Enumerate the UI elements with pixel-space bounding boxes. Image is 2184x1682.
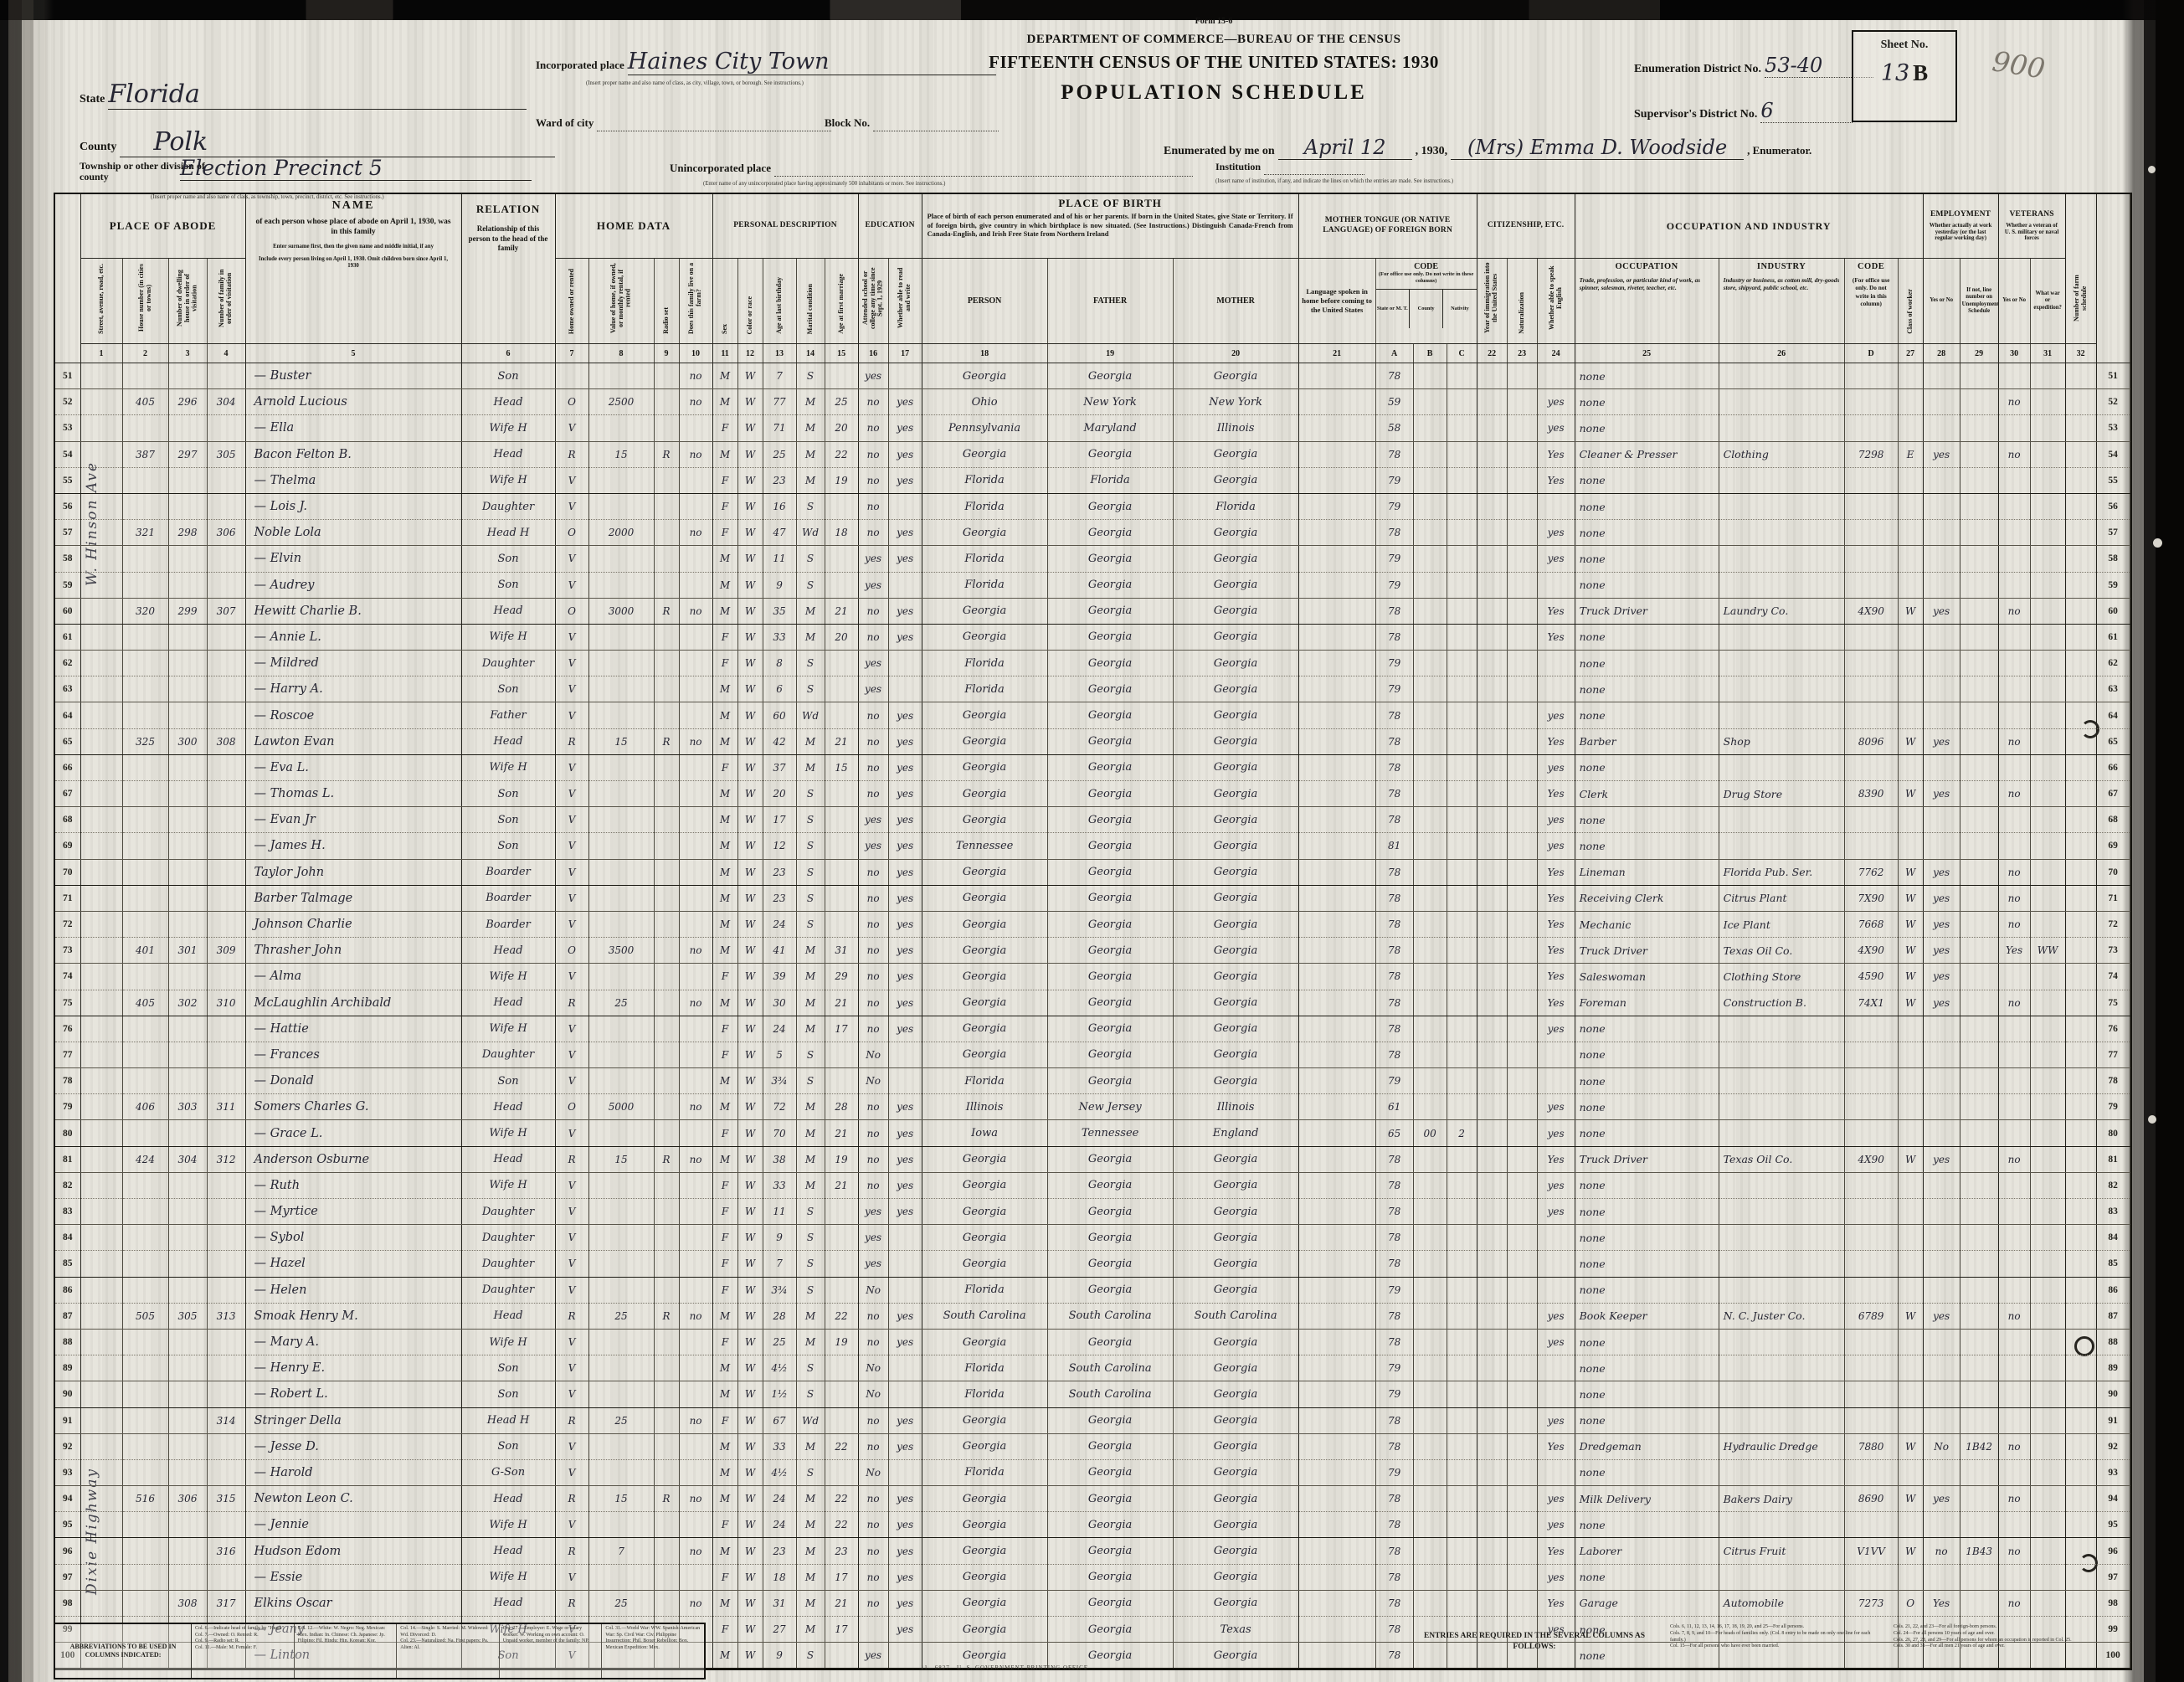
cell-farm_schedule (2065, 964, 2096, 990)
cell-value: 7 (588, 1538, 654, 1564)
column-numbers-row: 123456789101112131415161718192021ABC2223… (55, 344, 2130, 363)
cell-dwelling (168, 964, 207, 990)
cell-marital: M (796, 624, 825, 650)
cell-dwelling (168, 493, 207, 519)
supervisor-district-field: Supervisor's District No. 6 (1634, 99, 1853, 123)
cell-line: 90 (2096, 1381, 2130, 1407)
cell-code_c (1447, 1146, 1477, 1172)
cell-age: 3¾ (763, 1277, 796, 1303)
cell-war (2030, 1407, 2065, 1433)
cell-owned: V (555, 859, 588, 885)
cell-line: 61 (55, 624, 80, 650)
cell-marital: S (796, 676, 825, 702)
cell-war (2030, 467, 2065, 493)
cell-age_married: 17 (825, 1016, 858, 1042)
cell-blank (80, 467, 122, 493)
cell-house (122, 1199, 168, 1225)
group-place-of-abode: PLACE OF ABODE (80, 194, 245, 259)
cell-at_work: yes (1923, 885, 1960, 911)
cell-farm (679, 1172, 712, 1198)
cell-speak_english: Yes (1537, 1590, 1575, 1616)
cell-age_married: 29 (825, 964, 858, 990)
cell-speak_english: yes (1537, 754, 1575, 780)
cell-radio (654, 1225, 679, 1251)
cell-bp_mother: Georgia (1173, 1172, 1298, 1198)
cell-marital: M (796, 1146, 825, 1172)
table-row: 80— Grace L.Wife HVFW70M21noyesIowaTenne… (55, 1120, 2130, 1146)
cell-relation: Head (461, 1146, 555, 1172)
cell-color: W (737, 1199, 763, 1225)
col-naturalization: Naturalization (1507, 259, 1537, 344)
cell-line: 54 (55, 441, 80, 467)
cell-code_c (1447, 885, 1477, 911)
cell-bp_person: Florida (922, 546, 1047, 572)
cell-unemployment_line (1960, 885, 1998, 911)
cell-value (588, 572, 654, 598)
cell-year_immigration (1477, 1120, 1507, 1146)
cell-farm_schedule (2065, 363, 2096, 389)
cell-bp_mother: Georgia (1173, 1329, 1298, 1355)
cell-value (588, 1225, 654, 1251)
table-row: 75405302310McLaughlin ArchibaldHeadR25no… (55, 990, 2130, 1016)
cell-blank (80, 1199, 122, 1225)
cell-at_work (1923, 389, 1960, 415)
cell-farm_schedule (2065, 1120, 2096, 1146)
cell-marital: S (796, 911, 825, 937)
cell-relation: Wife H (461, 1120, 555, 1146)
cell-code_d (1844, 1042, 1898, 1067)
cell-veteran: no (1998, 885, 2030, 911)
cell-code_c (1447, 1329, 1477, 1355)
cell-dwelling (168, 1172, 207, 1198)
cell-year_immigration (1477, 1512, 1507, 1538)
cell-code_d (1844, 1277, 1898, 1303)
cell-age_married: 28 (825, 1094, 858, 1120)
cell-speak_english: yes (1537, 1016, 1575, 1042)
cell-dwelling (168, 859, 207, 885)
cell-code_b (1413, 546, 1447, 572)
cell-farm: no (679, 1538, 712, 1564)
cell-code_b (1413, 1146, 1447, 1172)
column-number: 24 (1537, 344, 1575, 363)
cell-industry (1719, 1016, 1844, 1042)
cell-blank (1298, 1042, 1375, 1067)
cell-value: 5000 (588, 1094, 654, 1120)
cell-code_d (1844, 389, 1898, 415)
cell-occupation: none (1575, 754, 1719, 780)
cell-marital: S (796, 363, 825, 389)
cell-bp_mother: Georgia (1173, 1068, 1298, 1094)
cell-radio (654, 990, 679, 1016)
cell-dwelling (168, 363, 207, 389)
cell-line: 70 (2096, 859, 2130, 885)
cell-bp_father: Georgia (1047, 1199, 1173, 1225)
cell-name: — Helen (245, 1277, 461, 1303)
cell-house (122, 1459, 168, 1485)
cell-war (2030, 702, 2065, 728)
cell-class_of_worker (1898, 624, 1923, 650)
cell-farm (679, 702, 712, 728)
cell-bp_mother: Georgia (1173, 520, 1298, 546)
table-row: 76— HattieWife HVFW24M17noyesGeorgiaGeor… (55, 1016, 2130, 1042)
cell-school: no (858, 911, 888, 937)
cell-owned: V (555, 1120, 588, 1146)
cell-line: 61 (2096, 624, 2130, 650)
cell-speak_english: yes (1537, 1094, 1575, 1120)
cell-farm_schedule (2065, 781, 2096, 807)
col-home-value: Value of home, if owned, or monthly rent… (588, 259, 654, 344)
cell-blank (80, 1303, 122, 1329)
cell-year_immigration (1477, 1146, 1507, 1172)
cell-dwelling (168, 676, 207, 702)
cell-sex: M (712, 1433, 737, 1459)
cell-veteran: no (1998, 1303, 2030, 1329)
cell-class_of_worker: W (1898, 1538, 1923, 1564)
cell-age_married: 17 (825, 1617, 858, 1643)
cell-owned: V (555, 1459, 588, 1485)
cell-color: W (737, 781, 763, 807)
cell-bp_person: Florida (922, 1381, 1047, 1407)
cell-war (2030, 1068, 2065, 1094)
cell-veteran (1998, 1329, 2030, 1355)
cell-line: 91 (55, 1407, 80, 1433)
cell-dwelling (168, 781, 207, 807)
cell-line: 81 (55, 1146, 80, 1172)
cell-year_immigration (1477, 1016, 1507, 1042)
cell-veteran (1998, 493, 2030, 519)
col-school: Attended school or college any time sinc… (858, 259, 888, 344)
cell-code_a: 61 (1375, 1094, 1413, 1120)
incorporated-label: Incorporated place (536, 59, 624, 71)
cell-code_a: 78 (1375, 1225, 1413, 1251)
cell-bp_person: Georgia (922, 1433, 1047, 1459)
cell-industry (1719, 546, 1844, 572)
cell-blank (80, 833, 122, 859)
cell-unemployment_line (1960, 520, 1998, 546)
cell-industry: Hydraulic Dredge (1719, 1433, 1844, 1459)
cell-line: 72 (2096, 911, 2130, 937)
cell-school: no (858, 702, 888, 728)
cell-class_of_worker (1898, 1094, 1923, 1120)
block-label: Block No. (825, 116, 870, 129)
cell-occupation: none (1575, 546, 1719, 572)
column-number: 27 (1898, 344, 1923, 363)
cell-sex: M (712, 546, 737, 572)
cell-bp_mother: Illinois (1173, 415, 1298, 441)
cell-bp_mother: New York (1173, 389, 1298, 415)
cell-dwelling (168, 754, 207, 780)
cell-speak_english: Yes (1537, 441, 1575, 467)
cell-line: 80 (55, 1120, 80, 1146)
enum-district-value: 53-40 (1765, 54, 1822, 77)
cell-school: no (858, 1564, 888, 1590)
cell-dwelling (168, 1381, 207, 1407)
cell-code_b (1413, 1407, 1447, 1433)
cell-value (588, 885, 654, 911)
cell-dwelling (168, 1355, 207, 1381)
cell-line: 63 (2096, 676, 2130, 702)
cell-occupation: Clerk (1575, 781, 1719, 807)
cell-marital: M (796, 1564, 825, 1590)
cell-occupation: Receiving Clerk (1575, 885, 1719, 911)
cell-line: 65 (55, 728, 80, 754)
cell-color: W (737, 1303, 763, 1329)
cell-relation: Wife H (461, 1512, 555, 1538)
cell-bp_father: South Carolina (1047, 1381, 1173, 1407)
cell-sex: M (712, 938, 737, 964)
col-at-work: Yes or No (1923, 259, 1960, 344)
cell-farm (679, 415, 712, 441)
institution-label: Institution (1215, 161, 1261, 172)
cell-blank (1298, 1199, 1375, 1225)
cell-occupation: Truck Driver (1575, 938, 1719, 964)
cell-read_write: yes (888, 1172, 922, 1198)
cell-radio (654, 1538, 679, 1564)
cell-family (207, 572, 245, 598)
cell-read_write: yes (888, 1303, 922, 1329)
column-number: 19 (1047, 344, 1173, 363)
table-row: 63— Harry A.SonVMW6SyesFloridaGeorgiaGeo… (55, 676, 2130, 702)
state-value: Florida (108, 80, 200, 109)
cell-bp_father: New Jersey (1047, 1094, 1173, 1120)
cell-war (2030, 1303, 2065, 1329)
cell-value (588, 493, 654, 519)
cell-naturalization (1507, 363, 1537, 389)
cell-age_married (825, 546, 858, 572)
cell-sex: M (712, 781, 737, 807)
cell-naturalization (1507, 938, 1537, 964)
cell-year_immigration (1477, 467, 1507, 493)
cell-sex: M (712, 1146, 737, 1172)
cell-name: — Harold (245, 1459, 461, 1485)
cell-relation: Son (461, 1355, 555, 1381)
cell-value: 2000 (588, 520, 654, 546)
cell-code_b (1413, 1225, 1447, 1251)
cell-code_c (1447, 598, 1477, 624)
cell-sex: F (712, 754, 737, 780)
cell-occupation: none (1575, 1329, 1719, 1355)
cell-radio (654, 859, 679, 885)
cell-marital: M (796, 1617, 825, 1643)
census-sheet: Form 15-6 DEPARTMENT OF COMMERCE—BUREAU … (0, 0, 2184, 1682)
enum-district-label: Enumeration District No. (1634, 63, 1761, 75)
cell-farm_schedule (2065, 467, 2096, 493)
cell-blank (80, 1538, 122, 1564)
cell-code_a: 79 (1375, 1355, 1413, 1381)
cell-bp_mother: Georgia (1173, 1277, 1298, 1303)
cell-family: 316 (207, 1538, 245, 1564)
cell-veteran (1998, 676, 2030, 702)
cell-line: 88 (55, 1329, 80, 1355)
cell-war (2030, 624, 2065, 650)
cell-unemployment_line (1960, 441, 1998, 467)
cell-owned: R (555, 1538, 588, 1564)
cell-age_married (825, 1225, 858, 1251)
cell-house (122, 964, 168, 990)
printing-office: U. S. GOVERNMENT PRINTING OFFICE (957, 1664, 1088, 1671)
cell-house: 405 (122, 990, 168, 1016)
cell-industry: Construction B. (1719, 990, 1844, 1016)
cell-code_d: 6789 (1844, 1303, 1898, 1329)
cell-unemployment_line (1960, 938, 1998, 964)
cell-code_b (1413, 389, 1447, 415)
cell-house: 516 (122, 1486, 168, 1512)
cell-naturalization (1507, 1016, 1537, 1042)
cell-bp_mother: Georgia (1173, 1381, 1298, 1407)
cell-class_of_worker: W (1898, 1146, 1923, 1172)
cell-at_work: yes (1923, 1146, 1960, 1172)
cell-farm (679, 1251, 712, 1277)
cell-industry (1719, 1459, 1844, 1485)
cell-code_d (1844, 702, 1898, 728)
group-mother-tongue: MOTHER TONGUE (OR NATIVE LANGUAGE) OF FO… (1298, 194, 1477, 259)
code-c-label: Nativity (1443, 290, 1476, 328)
cell-read_write: yes (888, 859, 922, 885)
cell-value: 15 (588, 728, 654, 754)
cell-farm_schedule (2065, 911, 2096, 937)
entries-required-title: ENTRIES ARE REQUIRED IN THE SEVERAL COLU… (1413, 1631, 1656, 1654)
cell-war (2030, 1538, 2065, 1564)
cell-family (207, 415, 245, 441)
cell-color: W (737, 1277, 763, 1303)
cell-industry: Laundry Co. (1719, 598, 1844, 624)
cell-radio (654, 389, 679, 415)
cell-class_of_worker (1898, 1120, 1923, 1146)
cell-class_of_worker: W (1898, 728, 1923, 754)
cell-line: 75 (2096, 990, 2130, 1016)
cell-at_work: yes (1923, 964, 1960, 990)
cell-year_immigration (1477, 1459, 1507, 1485)
cell-blank (80, 624, 122, 650)
cell-line: 64 (55, 702, 80, 728)
cell-code_b (1413, 598, 1447, 624)
cell-house (122, 1407, 168, 1433)
cell-school: no (858, 781, 888, 807)
cell-family (207, 1564, 245, 1590)
cell-read_write: yes (888, 1094, 922, 1120)
column-number: 9 (654, 344, 679, 363)
cell-age: 33 (763, 1172, 796, 1198)
cell-class_of_worker: W (1898, 781, 1923, 807)
cell-color: W (737, 1512, 763, 1538)
cell-bp_person: Georgia (922, 1251, 1047, 1277)
col-farm: Does this family live on a farm? (679, 259, 712, 344)
cell-unemployment_line (1960, 833, 1998, 859)
cell-code_a: 78 (1375, 1042, 1413, 1067)
cell-house (122, 1042, 168, 1067)
cell-sex: M (712, 572, 737, 598)
cell-age_married: 22 (825, 1433, 858, 1459)
cell-name: Barber Talmage (245, 885, 461, 911)
col-veteran: Yes or No (1998, 259, 2030, 344)
cell-age_married: 15 (825, 754, 858, 780)
group-personal-description: PERSONAL DESCRIPTION (712, 194, 858, 259)
cell-color: W (737, 702, 763, 728)
cell-farm_schedule (2065, 520, 2096, 546)
cell-at_work (1923, 1459, 1960, 1485)
cell-blank (80, 1355, 122, 1381)
cell-war (2030, 572, 2065, 598)
cell-line: 84 (55, 1225, 80, 1251)
cell-value (588, 911, 654, 937)
cell-line: 94 (2096, 1486, 2130, 1512)
cell-age_married (825, 781, 858, 807)
state-field: State Florida (80, 80, 527, 110)
cell-radio (654, 651, 679, 676)
cell-bp_father: Georgia (1047, 964, 1173, 990)
table-row: 54387297305Bacon Felton B.HeadR15RnoMW25… (55, 441, 2130, 467)
cell-radio: R (654, 1486, 679, 1512)
cell-farm_schedule (2065, 651, 2096, 676)
cell-dwelling (168, 1120, 207, 1146)
cell-sex: M (712, 1355, 737, 1381)
cell-color: W (737, 598, 763, 624)
cell-code_c (1447, 938, 1477, 964)
cell-veteran (1998, 1564, 2030, 1590)
cell-read_write: yes (888, 624, 922, 650)
cell-code_b (1413, 467, 1447, 493)
cell-line: 89 (2096, 1355, 2130, 1381)
cell-dwelling: 303 (168, 1094, 207, 1120)
cell-farm (679, 1016, 712, 1042)
cell-occupation: none (1575, 624, 1719, 650)
cell-value (588, 1277, 654, 1303)
cell-code_b (1413, 1068, 1447, 1094)
cell-occupation: none (1575, 1042, 1719, 1067)
cell-bp_mother: Georgia (1173, 911, 1298, 937)
cell-blank (80, 807, 122, 833)
cell-radio (654, 964, 679, 990)
cell-school: no (858, 754, 888, 780)
col-color-race: Color or race (737, 259, 763, 344)
cell-code_b (1413, 1277, 1447, 1303)
cell-unemployment_line (1960, 598, 1998, 624)
cell-color: W (737, 1617, 763, 1643)
cell-war (2030, 859, 2065, 885)
cell-speak_english: Yes (1537, 598, 1575, 624)
cell-bp_person: Florida (922, 1459, 1047, 1485)
cell-read_write: yes (888, 781, 922, 807)
cell-owned: V (555, 1042, 588, 1067)
cell-year_immigration (1477, 781, 1507, 807)
cell-color: W (737, 467, 763, 493)
cell-line: 53 (55, 415, 80, 441)
cell-industry (1719, 389, 1844, 415)
cell-bp_father: Georgia (1047, 1329, 1173, 1355)
cell-sex: F (712, 1617, 737, 1643)
cell-class_of_worker (1898, 1042, 1923, 1067)
cell-owned: V (555, 676, 588, 702)
cell-relation: G-Son (461, 1459, 555, 1485)
cell-code_d (1844, 467, 1898, 493)
cell-family: 305 (207, 441, 245, 467)
cell-year_immigration (1477, 1199, 1507, 1225)
cell-speak_english (1537, 363, 1575, 389)
cell-family (207, 885, 245, 911)
cell-age: 25 (763, 441, 796, 467)
cell-code_c (1447, 702, 1477, 728)
cell-unemployment_line (1960, 990, 1998, 1016)
cell-owned: V (555, 754, 588, 780)
cell-color: W (737, 911, 763, 937)
cell-unemployment_line (1960, 1120, 1998, 1146)
cell-color: W (737, 624, 763, 650)
cell-unemployment_line (1960, 363, 1998, 389)
cell-sex: M (712, 441, 737, 467)
cell-family (207, 493, 245, 519)
cell-age: 33 (763, 1433, 796, 1459)
cell-owned: V (555, 493, 588, 519)
